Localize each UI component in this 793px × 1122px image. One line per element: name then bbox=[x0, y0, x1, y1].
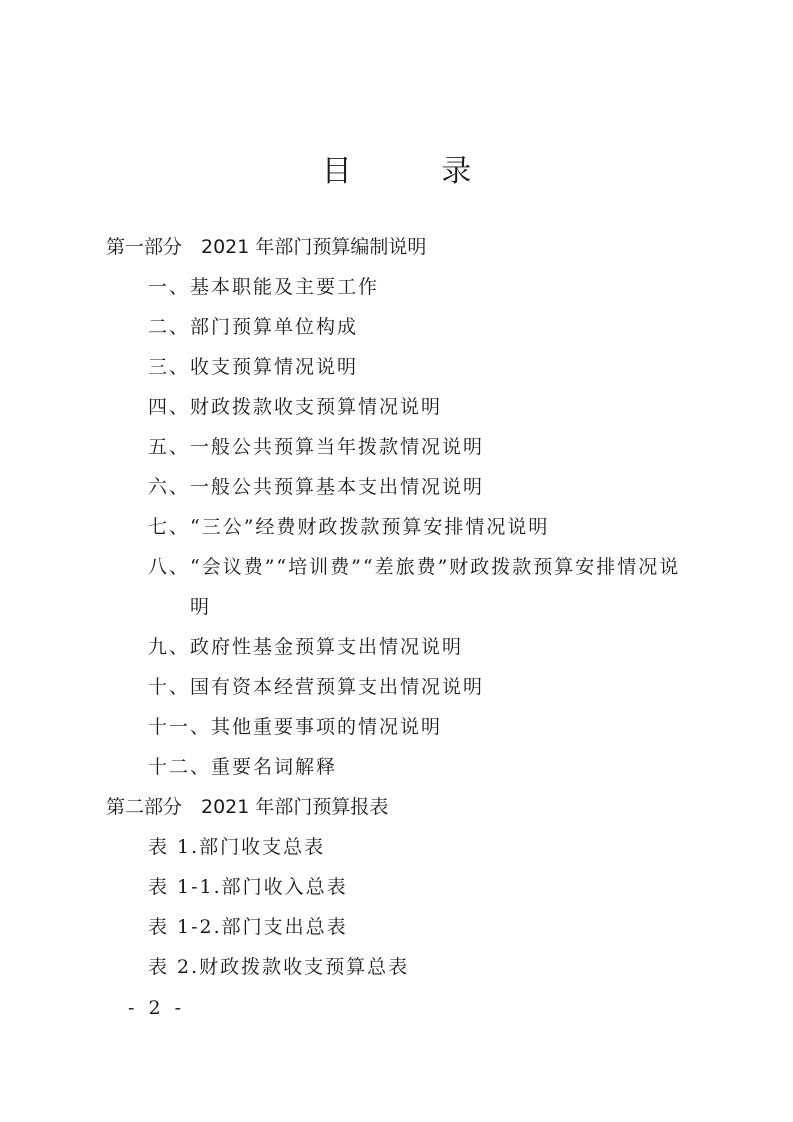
toc-item[interactable]: 表 1-2.部门支出总表 bbox=[148, 912, 348, 939]
toc-item[interactable]: 二、部门预算单位构成 bbox=[148, 312, 358, 339]
toc-item[interactable]: 十、国有资本经营预算支出情况说明 bbox=[148, 672, 484, 699]
toc-item[interactable]: 八、“会议费”“培训费”“差旅费”财政拨款预算安排情况说 bbox=[148, 552, 680, 579]
toc-item[interactable]: 十二、重要名词解释 bbox=[148, 752, 337, 779]
toc-item[interactable]: 九、政府性基金预算支出情况说明 bbox=[148, 632, 463, 659]
toc-item[interactable]: 四、财政拨款收支预算情况说明 bbox=[148, 392, 442, 419]
toc-item[interactable]: 表 2.财政拨款收支预算总表 bbox=[148, 952, 409, 979]
toc-item[interactable]: 三、收支预算情况说明 bbox=[148, 352, 358, 379]
toc-item-continuation[interactable]: 明 bbox=[190, 592, 211, 619]
toc-item[interactable]: 表 1-1.部门收入总表 bbox=[148, 872, 348, 899]
toc-item[interactable]: 一、基本职能及主要工作 bbox=[148, 272, 379, 299]
toc-item[interactable]: 十一、其他重要事项的情况说明 bbox=[148, 712, 442, 739]
page-number: - 2 - bbox=[128, 997, 185, 1019]
toc-part-1-heading[interactable]: 第一部分 2021 年部门预算编制说明 bbox=[106, 232, 426, 259]
toc-item[interactable]: 五、一般公共预算当年拨款情况说明 bbox=[148, 432, 484, 459]
toc-item[interactable]: 六、一般公共预算基本支出情况说明 bbox=[148, 472, 484, 499]
toc-item[interactable]: 七、“三公”经费财政拨款预算安排情况说明 bbox=[148, 512, 549, 539]
toc-part-2-heading[interactable]: 第二部分 2021 年部门预算报表 bbox=[106, 792, 388, 819]
page-title: 目 录 bbox=[0, 146, 793, 190]
toc-item[interactable]: 表 1.部门收支总表 bbox=[148, 832, 325, 859]
